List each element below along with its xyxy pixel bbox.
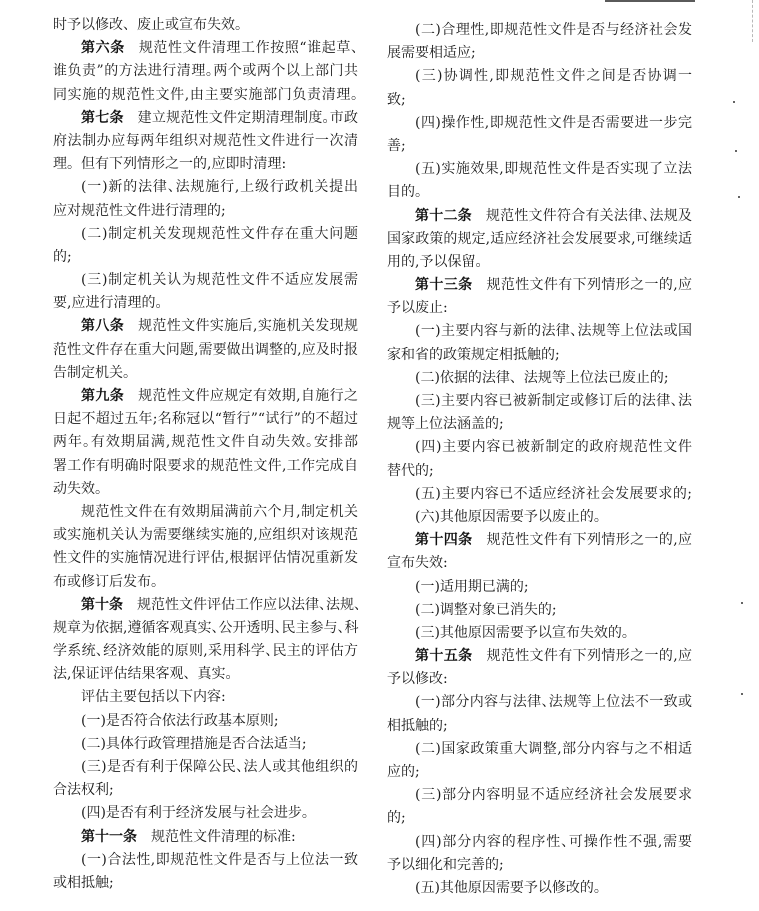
scan-speck — [741, 602, 743, 604]
text-line: 替代的; — [387, 460, 692, 483]
text-line: 第十条规范性文件评估工作应以法律、法规、 — [53, 594, 358, 617]
text-line: (一)是否符合依法行政基本原则; — [53, 710, 358, 733]
text-line: 理。但有下列情形之一的,应即时清理: — [53, 153, 358, 176]
text-line: 国家政策的规定,适应经济社会发展要求,可继续适 — [387, 228, 692, 251]
article-heading: 第六条 — [81, 40, 125, 56]
article-7: 第七条建立规范性文件定期清理制度。市政 府法制办应每两年组织对规范性文件进行一次… — [53, 107, 358, 177]
list-item: (二)国家政策重大调整,部分内容与之不相适 应的; — [387, 738, 692, 784]
text-line: 致; — [387, 89, 692, 112]
line-text: 规范性文件有下列情形之一的,应 — [486, 648, 692, 664]
line-text: 规范性文件符合有关法律、法规及 — [486, 208, 692, 224]
text-line: (四)主要内容已被新制定的政府规范性文件 — [387, 436, 692, 459]
scan-edge-line — [752, 0, 753, 42]
article-9: 第九条规范性文件应规定有效期,自施行之 日起不超过五年;名称冠以“暂行”“试行”… — [53, 385, 358, 501]
text-line: 相抵触的; — [387, 715, 692, 738]
list-item: (一)部分内容与法律、法规等上位法不一致或 相抵触的; — [387, 691, 692, 737]
scan-speck — [738, 196, 740, 198]
text-line: (一)合法性,即规范性文件是否与上位法一致 — [53, 849, 358, 872]
line-text: 规范性文件清理工作按照“谁起草、 — [139, 40, 358, 56]
list-item: (三)其他原因需要予以宣布失效的。 — [387, 622, 692, 645]
list-item: (一)主要内容与新的法律、法规等上位法或国 家和省的政策规定相抵触的; — [387, 320, 692, 366]
text-line: 第十一条规范性文件清理的标准: — [53, 826, 358, 849]
article-13: 第十三条规范性文件有下列情形之一的,应 予以废止: — [387, 274, 692, 320]
article-heading: 第十一条 — [81, 829, 137, 845]
text-line: 宣布失效: — [387, 552, 692, 575]
text-line: (一)主要内容与新的法律、法规等上位法或国 — [387, 320, 692, 343]
text-line: 法,保证评估结果客观、真实。 — [53, 663, 358, 686]
list-item: (二)制定机关发现规范性文件存在重大问题 的; — [53, 223, 358, 269]
body-paragraph: 评估主要包括以下内容: — [53, 686, 358, 709]
list-item: (三)是否有利于保障公民、法人或其他组织的 合法权利; — [53, 756, 358, 802]
text-line: 予以修改: — [387, 668, 692, 691]
article-11: 第十一条规范性文件清理的标准: — [53, 826, 358, 849]
article-heading: 第十四条 — [415, 532, 472, 548]
article-heading: 第九条 — [81, 388, 124, 404]
text-line: 告制定机关。 — [53, 362, 358, 385]
text-line: 的; — [387, 807, 692, 830]
text-line: 应的; — [387, 761, 692, 784]
list-item: (三)协调性,即规范性文件之间是否协调一 致; — [387, 65, 692, 111]
article-12: 第十二条规范性文件符合有关法律、法规及 国家政策的规定,适应经济社会发展要求,可… — [387, 205, 692, 275]
text-line: 家和省的政策规定相抵触的; — [387, 344, 692, 367]
text-line: 规章为依据,遵循客观真实、公开透明、民主参与、科 — [53, 617, 358, 640]
list-item: (二)调整对象已消失的; — [387, 599, 692, 622]
list-item: (五)实施效果,即规范性文件是否实现了立法 目的。 — [387, 158, 692, 204]
list-item: (四)操作性,即规范性文件是否需要进一步完 善; — [387, 112, 692, 158]
text-line: (四)操作性,即规范性文件是否需要进一步完 — [387, 112, 692, 135]
text-line: (二)依据的法律、法规等上位法已废止的; — [387, 367, 692, 390]
list-item: (四)主要内容已被新制定的政府规范性文件 替代的; — [387, 436, 692, 482]
text-line: 第八条规范性文件实施后,实施机关发现规 — [53, 315, 358, 338]
scan-speck — [735, 150, 737, 152]
text-line: 目的。 — [387, 181, 692, 204]
article-heading: 第十条 — [81, 597, 123, 613]
text-line: 布或修订后发布。 — [53, 571, 358, 594]
text-line: 两年。有效期届满,规范性文件自动失效。安排部 — [53, 431, 358, 454]
text-line: (三)是否有利于保障公民、法人或其他组织的 — [53, 756, 358, 779]
list-item: (一)新的法律、法规施行,上级行政机关提出 应对规范性文件进行清理的; — [53, 176, 358, 222]
line-text: 规范性文件清理的标准: — [151, 829, 296, 845]
text-line: (三)其他原因需要予以宣布失效的。 — [387, 622, 692, 645]
text-line: 或实施机关认为需要继续实施的,应组织对该规范 — [53, 524, 358, 547]
text-line: 第十四条规范性文件有下列情形之一的,应 — [387, 529, 692, 552]
list-item: (一)适用期已满的; — [387, 576, 692, 599]
article-10: 第十条规范性文件评估工作应以法律、法规、 规章为依据,遵循客观真实、公开透明、民… — [53, 594, 358, 687]
scan-speck — [733, 101, 735, 103]
text-line: (五)其他原因需要予以修改的。 — [387, 877, 692, 900]
article-heading: 第七条 — [81, 110, 124, 126]
list-item: (五)主要内容已不适应经济社会发展要求的; — [387, 483, 692, 506]
text-line: (一)适用期已满的; — [387, 576, 692, 599]
text-line: 的; — [53, 246, 358, 269]
text-line: 第七条建立规范性文件定期清理制度。市政 — [53, 107, 358, 130]
text-line: 第十五条规范性文件有下列情形之一的,应 — [387, 645, 692, 668]
scan-speck — [741, 693, 743, 695]
text-line: (三)主要内容已被新制定或修订后的法律、法 — [387, 390, 692, 413]
text-line: (一)部分内容与法律、法规等上位法不一致或 — [387, 691, 692, 714]
text-line: 规等上位法涵盖的; — [387, 413, 692, 436]
list-item: (四)部分内容的程序性、可操作性不强,需要 予以细化和完善的; — [387, 831, 692, 877]
list-item: (五)其他原因需要予以修改的。 — [387, 877, 692, 900]
text-line: (二)合理性,即规范性文件是否与经济社会发 — [387, 19, 692, 42]
article-6: 第六条规范性文件清理工作按照“谁起草、 谁负责”的方法进行清理。两个或两个以上部… — [53, 37, 358, 107]
text-line: (三)部分内容明显不适应经济社会发展要求 — [387, 784, 692, 807]
article-8: 第八条规范性文件实施后,实施机关发现规 范性文件存在重大问题,需要做出调整的,应… — [53, 315, 358, 385]
text-line: 署工作有明确时限要求的规范性文件,工作完成自 — [53, 455, 358, 478]
text-line: 应对规范性文件进行清理的; — [53, 200, 358, 223]
article-heading: 第十五条 — [415, 648, 472, 664]
text-line: (三)协调性,即规范性文件之间是否协调一 — [387, 65, 692, 88]
list-item: (三)制定机关认为规范性文件不适应发展需 要,应进行清理的。 — [53, 269, 358, 315]
text-line: 要,应进行清理的。 — [53, 292, 358, 315]
line-text: 规范性文件评估工作应以法律、法规、 — [137, 597, 361, 613]
text-line: 予以废止: — [387, 297, 692, 320]
left-text-column: 时予以修改、废止或宣布失效。 第六条规范性文件清理工作按照“谁起草、 谁负责”的… — [53, 14, 358, 895]
text-line: 善; — [387, 135, 692, 158]
text-line: 评估主要包括以下内容: — [53, 686, 358, 709]
article-heading: 第十三条 — [415, 277, 472, 293]
list-item: (二)依据的法律、法规等上位法已废止的; — [387, 367, 692, 390]
list-item: (四)是否有利于经济发展与社会进步。 — [53, 802, 358, 825]
text-line: (二)调整对象已消失的; — [387, 599, 692, 622]
text-line: 或相抵触; — [53, 872, 358, 895]
list-item: (三)部分内容明显不适应经济社会发展要求 的; — [387, 784, 692, 830]
line-text: 规范性文件应规定有效期,自施行之 — [138, 388, 358, 404]
continued-paragraph: 时予以修改、废止或宣布失效。 — [53, 14, 358, 37]
text-line: 性文件的实施情况进行评估,根据评估情况重新发 — [53, 547, 358, 570]
text-line: (二)国家政策重大调整,部分内容与之不相适 — [387, 738, 692, 761]
text-line: 府法制办应每两年组织对规范性文件进行一次清 — [53, 130, 358, 153]
article-14: 第十四条规范性文件有下列情形之一的,应 宣布失效: — [387, 529, 692, 575]
text-line: 同实施的规范性文件,由主要实施部门负责清理。 — [53, 84, 358, 107]
list-item: (一)是否符合依法行政基本原则; — [53, 710, 358, 733]
line-text: 规范性文件有下列情形之一的,应 — [486, 277, 692, 293]
text-line: 合法权利; — [53, 779, 358, 802]
list-item: (二)合理性,即规范性文件是否与经济社会发 展需要相适应; — [387, 19, 692, 65]
list-item: (二)具体行政管理措施是否合法适当; — [53, 733, 358, 756]
text-line: (二)制定机关发现规范性文件存在重大问题 — [53, 223, 358, 246]
article-heading: 第十二条 — [415, 208, 472, 224]
text-line: 规范性文件在有效期届满前六个月,制定机关 — [53, 501, 358, 524]
text-line: 第十二条规范性文件符合有关法律、法规及 — [387, 205, 692, 228]
text-line: 第九条规范性文件应规定有效期,自施行之 — [53, 385, 358, 408]
list-item: (六)其他原因需要予以废止的。 — [387, 506, 692, 529]
text-line: 动失效。 — [53, 478, 358, 501]
text-line: 日起不超过五年;名称冠以“暂行”“试行”的不超过 — [53, 408, 358, 431]
text-line: 予以细化和完善的; — [387, 854, 692, 877]
text-line: 展需要相适应; — [387, 42, 692, 65]
text-line: 学系统、经济效能的原则,采用科学、民主的评估方 — [53, 640, 358, 663]
text-line: (一)新的法律、法规施行,上级行政机关提出 — [53, 176, 358, 199]
text-line: (四)是否有利于经济发展与社会进步。 — [53, 802, 358, 825]
text-line: (二)具体行政管理措施是否合法适当; — [53, 733, 358, 756]
list-item: (三)主要内容已被新制定或修订后的法律、法 规等上位法涵盖的; — [387, 390, 692, 436]
list-item: (一)合法性,即规范性文件是否与上位法一致 或相抵触; — [53, 849, 358, 895]
text-line: (五)实施效果,即规范性文件是否实现了立法 — [387, 158, 692, 181]
text-line: (五)主要内容已不适应经济社会发展要求的; — [387, 483, 692, 506]
text-line: 时予以修改、废止或宣布失效。 — [53, 14, 358, 37]
line-text: 规范性文件有下列情形之一的,应 — [486, 532, 692, 548]
text-line: 用的,予以保留。 — [387, 251, 692, 274]
right-text-column: (二)合理性,即规范性文件是否与经济社会发 展需要相适应; (三)协调性,即规范… — [387, 19, 692, 900]
text-line: 范性文件存在重大问题,需要做出调整的,应及时报 — [53, 339, 358, 362]
text-line: (六)其他原因需要予以废止的。 — [387, 506, 692, 529]
article-15: 第十五条规范性文件有下列情形之一的,应 予以修改: — [387, 645, 692, 691]
line-text: 规范性文件实施后,实施机关发现规 — [138, 318, 358, 334]
text-line: (四)部分内容的程序性、可操作性不强,需要 — [387, 831, 692, 854]
text-line: (三)制定机关认为规范性文件不适应发展需 — [53, 269, 358, 292]
line-text: 建立规范性文件定期清理制度。市政 — [138, 110, 358, 126]
text-line: 第六条规范性文件清理工作按照“谁起草、 — [53, 37, 358, 60]
body-paragraph: 规范性文件在有效期届满前六个月,制定机关 或实施机关认为需要继续实施的,应组织对… — [53, 501, 358, 594]
page-top-rule — [605, 0, 695, 2]
text-line: 第十三条规范性文件有下列情形之一的,应 — [387, 274, 692, 297]
text-line: 谁负责”的方法进行清理。两个或两个以上部门共 — [53, 60, 358, 83]
article-heading: 第八条 — [81, 318, 124, 334]
